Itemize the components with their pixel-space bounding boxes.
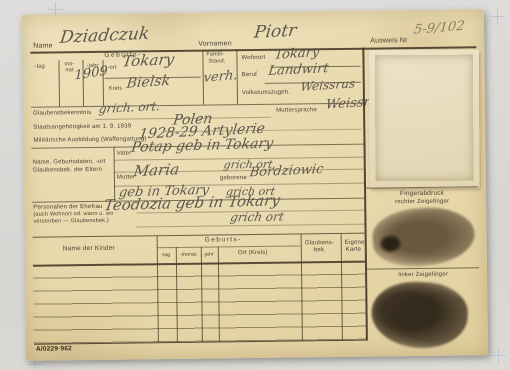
photo-bottom-line <box>366 186 478 188</box>
famstand-right-line <box>236 49 238 104</box>
children-table: Name der Kinder Geburts- -tag -monat -ja… <box>33 233 366 345</box>
geburts-kreis-label: Kreis <box>109 87 123 93</box>
citizenship-label: Staatsangehörigkeit am 1. 9. 1939 <box>33 124 131 131</box>
children-table-body <box>33 262 366 344</box>
form-number: A/0229·962 <box>36 346 72 353</box>
children-tag-label: -tag <box>161 253 170 258</box>
muttersprache-label: Muttersprache <box>276 107 317 114</box>
fingerprint-left <box>370 279 470 350</box>
children-karte-label-1: Eigene <box>345 240 365 247</box>
geburts-kreis-value: Bielsk <box>126 74 171 91</box>
ehefrau-label-3: verstorben — Glaubensbek.) <box>33 219 109 226</box>
volkstum-label: Volkstumszugeh. <box>242 90 290 97</box>
beruf-label: Beruf <box>242 72 257 78</box>
vornamen-label: Vornamen <box>198 40 232 48</box>
children-karte-label-2: Karte <box>346 247 361 253</box>
religion-label: Glaubensbekenntnis <box>33 110 91 117</box>
ehefrau-label-1: Personalien der Ehefrau <box>33 204 102 211</box>
children-name-header: Name der Kinder <box>63 246 115 253</box>
parents-divider <box>114 147 116 201</box>
children-glauben-label-1: Glaubens- <box>305 240 335 247</box>
children-glauben-label-2: bek. <box>314 247 326 253</box>
beruf-value: Landwirt <box>268 62 330 78</box>
wohnort-value: Tokary <box>274 46 320 62</box>
geborene-label: geborene <box>220 175 247 182</box>
wohnort-label: Wohnort <box>241 55 265 62</box>
religion-value: grich. ort. <box>98 100 161 115</box>
mutter-value: Maria <box>133 162 180 179</box>
children-ort-label: Ort (Kreis) <box>238 250 268 257</box>
parents-label-2: Glaubensbek. der Eltern <box>33 167 102 174</box>
geburts-tag-label: -tag <box>35 65 45 71</box>
military-label: Militärische Ausbildung (Waffengattung) <box>33 136 146 144</box>
vornamen-value: Piotr <box>253 23 297 42</box>
geborene-value: Bordziowic <box>249 163 324 179</box>
ausweis-label: Ausweis Nr <box>370 37 407 45</box>
children-monat-label: -monat <box>180 253 197 258</box>
vater-value: Potap geb in Tokary <box>130 137 274 155</box>
ehefrau-value-2: grich ort <box>229 211 284 224</box>
volkstum-value: Weissrus <box>300 77 356 93</box>
fingerprint-left-label: linker Zeigefinger <box>367 271 479 279</box>
name-label: Name <box>33 42 53 50</box>
ausweis-value: 5-9/102 <box>413 20 465 37</box>
children-geburts-header: Geburts- <box>205 237 242 244</box>
famstand-value: verh. <box>203 69 238 85</box>
parents-label-1: Name, Geburtsdaten, -ort <box>33 159 106 166</box>
birth-col-line-1 <box>58 60 60 106</box>
children-jahr-label: -jahr <box>203 253 214 258</box>
fingerprint-right-subtitle: rechter Zeigefinger <box>366 198 478 206</box>
fingerprint-right-title: Fingerabdruck <box>366 190 478 198</box>
fingerprint-divider-line <box>367 267 479 269</box>
vater-label: Vater <box>117 151 132 157</box>
fingerprint-right <box>371 205 477 269</box>
ehefrau-line-2 <box>136 224 364 228</box>
geburts-ort-value: Tokary <box>121 52 175 69</box>
famstand-label-2: Stand, <box>208 59 225 65</box>
children-geburts-underline <box>157 245 301 248</box>
name-value: Dziadczuk <box>59 26 150 47</box>
geburts-ort-label: -ort <box>108 66 117 72</box>
registration-card: Name Dziadczuk Vornamen Piotr Ausweis Nr… <box>22 9 488 361</box>
portrait-photo <box>375 55 474 182</box>
